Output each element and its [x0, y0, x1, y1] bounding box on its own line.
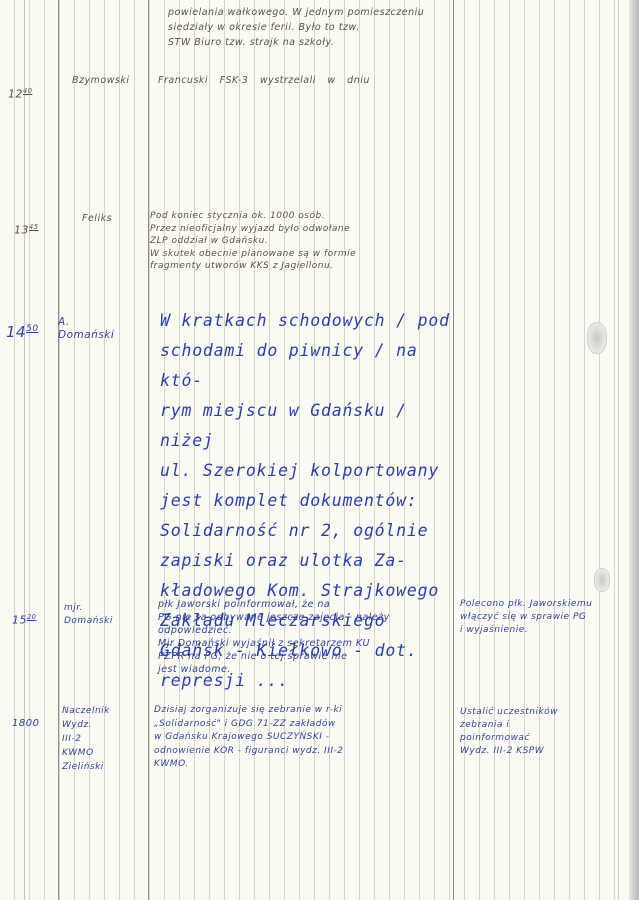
time-minutes: 20	[27, 613, 36, 621]
entry-content: Francuski FSK-3 wystrzelali w dniu	[158, 74, 448, 87]
column-divider-left-margin	[24, 0, 25, 900]
entry-content: Pod koniec stycznia ok. 1000 osób. Przez…	[150, 210, 450, 273]
entry-source: Naczelnik Wydz. III-2 KWMO Zieliński	[62, 704, 110, 774]
entry-remarks: Polecono płk. Jaworskiemu włączyć się w …	[460, 598, 620, 637]
punch-hole-icon	[587, 322, 607, 354]
time-minutes: 45	[29, 223, 38, 231]
time-hour: 14	[6, 323, 26, 341]
entry-time: 1520	[12, 598, 36, 627]
entry-time: 1450	[6, 310, 39, 339]
entry-time: 1345	[14, 208, 38, 237]
time-hour: 13	[14, 224, 29, 237]
time-minutes: 40	[23, 87, 32, 95]
punch-hole-icon	[594, 568, 610, 592]
time-hour: 18	[12, 718, 26, 729]
time-minutes: 50	[26, 324, 38, 334]
time-hour: 12	[8, 88, 23, 101]
page-edge-shadow	[629, 0, 639, 900]
entry-content: Dzisiaj zorganizuje się zebranie w r-ki …	[154, 704, 450, 772]
continuation-text: powielania wałkowego. W jednym pomieszcz…	[168, 5, 448, 50]
log-page: powielania wałkowego. W jednym pomieszcz…	[0, 0, 639, 900]
time-minutes: 00	[26, 718, 40, 729]
entry-content: płk Jaworski poinformował, że na PG nie …	[158, 598, 450, 676]
column-divider-time	[58, 0, 59, 900]
entry-source: A. Domański	[58, 316, 114, 342]
entry-source: Feliks	[82, 212, 112, 225]
entry-source: mjr. Domański	[64, 602, 113, 628]
entry-time: 1240	[8, 72, 32, 101]
time-hour: 15	[12, 614, 27, 627]
column-divider-source	[148, 0, 149, 900]
column-divider-right-margin	[618, 0, 619, 900]
entry-remarks: Ustalić uczestników zebrania i poinformo…	[460, 706, 620, 758]
entry-source: Bzymowski	[72, 74, 130, 87]
entry-time: 1800	[12, 706, 39, 730]
